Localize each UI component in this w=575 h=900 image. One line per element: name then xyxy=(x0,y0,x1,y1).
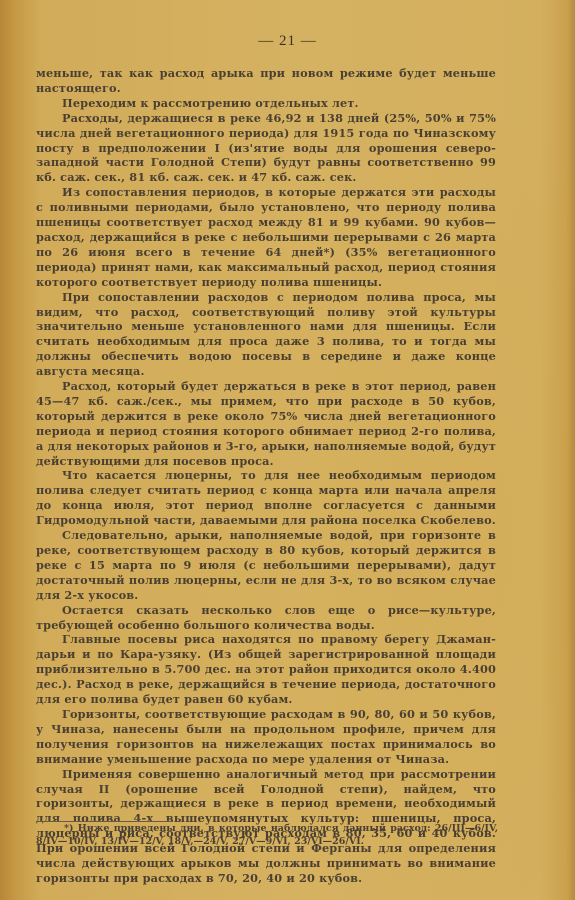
page-edge-shadow xyxy=(567,0,575,900)
footnote: *) Ниже приведены дни, в которые наблюда… xyxy=(36,822,498,848)
paragraph: Горизонты, соответствующие расходам в 90… xyxy=(36,707,496,767)
footnote-text: *) Ниже приведены дни, в которые наблюда… xyxy=(36,822,498,848)
paragraph: Расходы, держащиеся в реке 46,92 и 138 д… xyxy=(36,111,496,186)
page-number: — 21 — xyxy=(0,33,575,50)
body-text: меньше, так как расход арыка при новом р… xyxy=(36,66,496,886)
paragraph: Расход, который будет держаться в реке в… xyxy=(36,379,496,468)
paragraph: Из сопоставления периодов, в которые дер… xyxy=(36,185,496,289)
paragraph: Главные посевы риса находятся по правому… xyxy=(36,632,496,707)
paragraph: Остается сказать несколько слов еще о ри… xyxy=(36,603,496,633)
paragraph: меньше, так как расход арыка при новом р… xyxy=(36,66,496,96)
paragraph: Что касается люцерны, то для нее необход… xyxy=(36,468,496,528)
paragraph: Переходим к рассмотрению отдельных лет. xyxy=(36,96,496,111)
paragraph: Следовательно, арыки, наполняемые водой,… xyxy=(36,528,496,603)
paragraph: При сопоставлении расходов с периодом по… xyxy=(36,290,496,379)
scanned-page: — 21 — меньше, так как расход арыка при … xyxy=(0,0,575,900)
